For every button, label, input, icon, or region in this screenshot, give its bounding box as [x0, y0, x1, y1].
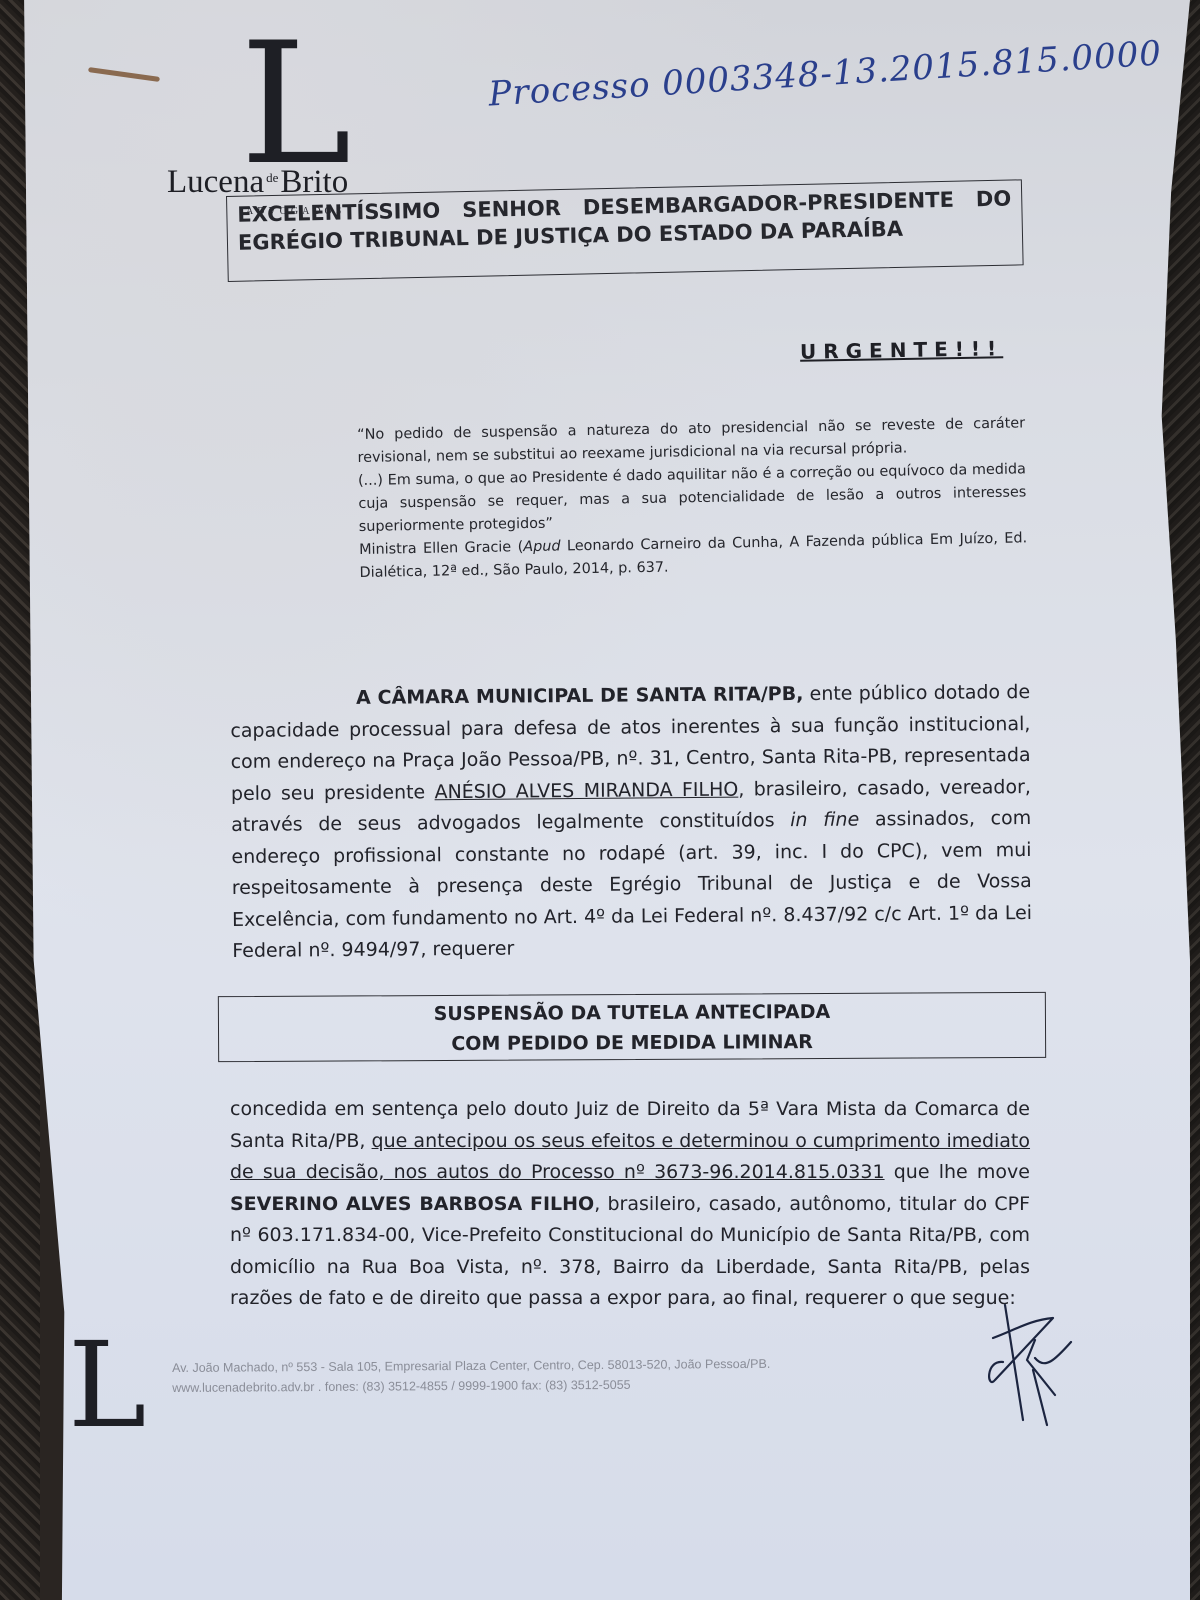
addressee-word: SENHOR [462, 196, 561, 222]
second-paragraph: concedida em sentença pelo douto Juiz de… [230, 1094, 1030, 1315]
opponent-name: SEVERINO ALVES BARBOSA FILHO [230, 1193, 594, 1215]
request-title-box: SUSPENSÃO DA TUTELA ANTECIPADA COM PEDID… [218, 992, 1046, 1062]
addressee-word: DESEMBARGADOR-PRESIDENTE [583, 188, 955, 220]
president-name: ANÉSIO ALVES MIRANDA FILHO [434, 778, 738, 803]
epigraph-line-b: (...) Em suma, o que ao Presidente é dad… [358, 458, 1027, 539]
request-title-line-2: COM PEDIDO DE MEDIDA LIMINAR [219, 1026, 1045, 1060]
firm-monogram-logo: L [240, 20, 352, 188]
addressee-word: EXCELENTÍSSIMO [237, 199, 440, 227]
request-title-line-1: SUSPENSÃO DA TUTELA ANTECIPADA [219, 996, 1045, 1030]
paragraph-text: que lhe move [885, 1161, 1030, 1183]
attribution-apud: Apud [523, 538, 561, 555]
addressee-box: EXCELENTÍSSIMO SENHOR DESEMBARGADOR-PRES… [226, 179, 1024, 282]
addressee-word: DO [976, 187, 1012, 212]
urgent-label: URGENTE!!! [800, 336, 1004, 364]
footer-phones: www.lucenadebrito.adv.br . fones: (83) 3… [172, 1374, 770, 1398]
paragraph-indent [230, 704, 356, 705]
signature-icon [975, 1300, 1085, 1430]
petitioner-name: A CÂMARA MUNICIPAL DE SANTA RITA/PB, [356, 683, 803, 709]
in-fine-term: in fine [790, 809, 859, 832]
opening-paragraph: A CÂMARA MUNICIPAL DE SANTA RITA/PB, ent… [230, 677, 1032, 967]
epigraph-quote: “No pedido de suspensão a natureza do at… [357, 412, 1028, 585]
firm-name-connector: de [266, 170, 278, 185]
footer-address: Av. João Machado, nº 553 - Sala 105, Emp… [172, 1354, 770, 1378]
footer-monogram-logo: L [68, 1326, 146, 1444]
footer-contact: Av. João Machado, nº 553 - Sala 105, Emp… [172, 1354, 770, 1398]
attribution-text: Ministra Ellen Gracie ( [359, 539, 523, 558]
